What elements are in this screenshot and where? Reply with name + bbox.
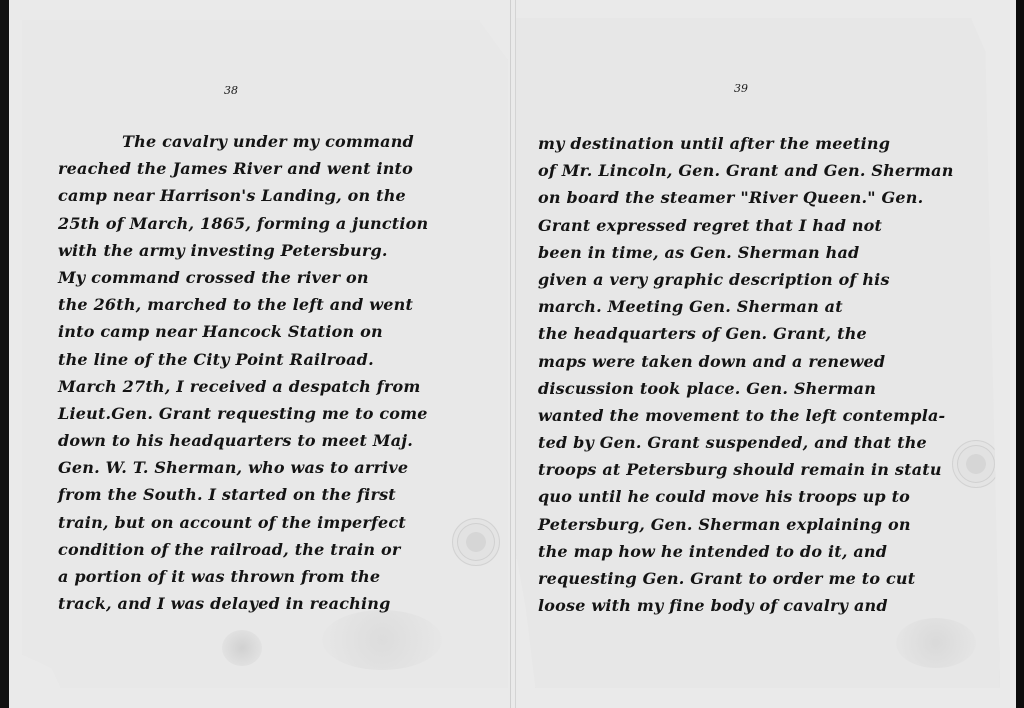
paper-stain <box>322 610 442 670</box>
text-line: from the South. I started on the first <box>58 481 428 508</box>
text-line: Lieut.Gen. Grant requesting me to come <box>58 400 428 427</box>
text-line: discussion took place. Gen. Sherman <box>538 375 954 402</box>
text-line: maps were taken down and a renewed <box>538 348 954 375</box>
text-line: The cavalry under my command <box>58 128 428 155</box>
text-line: troops at Petersburg should remain in st… <box>538 456 954 483</box>
text-line: 25th of March, 1865, forming a junction <box>58 210 428 237</box>
text-line: condition of the railroad, the train or <box>58 536 428 563</box>
text-line: reached the James River and went into <box>58 155 428 182</box>
text-line: Gen. W. T. Sherman, who was to arrive <box>58 454 428 481</box>
text-line: been in time, as Gen. Sherman had <box>538 239 954 266</box>
manuscript-page-left: 38 The cavalry under my command reached … <box>22 20 508 688</box>
text-line: loose with my fine body of cavalry and <box>538 592 954 619</box>
text-line: Petersburg, Gen. Sherman explaining on <box>538 511 954 538</box>
text-line: the 26th, marched to the left and went <box>58 291 428 318</box>
page-fold-divider <box>510 0 516 708</box>
text-line: quo until he could move his troops up to <box>538 483 954 510</box>
text-line: track, and I was delayed in reaching <box>58 590 428 617</box>
paper-stain <box>222 630 262 666</box>
text-line: My command crossed the river on <box>58 264 428 291</box>
handwritten-text: The cavalry under my command reached the… <box>58 128 428 617</box>
manuscript-page-right: 39 my destination until after the meetin… <box>516 18 1000 688</box>
text-line: the map how he intended to do it, and <box>538 538 954 565</box>
text-line: requesting Gen. Grant to order me to cut <box>538 565 954 592</box>
scan-border-right <box>1016 0 1024 708</box>
text-line: wanted the movement to the left contempl… <box>538 402 954 429</box>
text-line: camp near Harrison's Landing, on the <box>58 182 428 209</box>
scan-border-left <box>0 0 9 708</box>
text-line: march. Meeting Gen. Sherman at <box>538 293 954 320</box>
text-line: with the army investing Petersburg. <box>58 237 428 264</box>
text-line: the line of the City Point Railroad. <box>58 346 428 373</box>
text-line: into camp near Hancock Station on <box>58 318 428 345</box>
paper-stain <box>896 618 976 668</box>
text-line: down to his headquarters to meet Maj. <box>58 427 428 454</box>
text-line: on board the steamer "River Queen." Gen. <box>538 184 954 211</box>
text-line: train, but on account of the imperfect <box>58 509 428 536</box>
text-line: a portion of it was thrown from the <box>58 563 428 590</box>
text-line: my destination until after the meeting <box>538 130 954 157</box>
library-stamp-icon <box>452 518 500 566</box>
library-stamp-icon <box>952 440 1000 488</box>
handwritten-text: my destination until after the meeting o… <box>538 130 954 619</box>
text-line: ted by Gen. Grant suspended, and that th… <box>538 429 954 456</box>
text-line: of Mr. Lincoln, Gen. Grant and Gen. Sher… <box>538 157 954 184</box>
text-line: Grant expressed regret that I had not <box>538 212 954 239</box>
text-line: March 27th, I received a despatch from <box>58 373 428 400</box>
page-number: 39 <box>734 82 748 95</box>
text-line: given a very graphic description of his <box>538 266 954 293</box>
text-line: the headquarters of Gen. Grant, the <box>538 320 954 347</box>
page-number: 38 <box>224 84 238 97</box>
